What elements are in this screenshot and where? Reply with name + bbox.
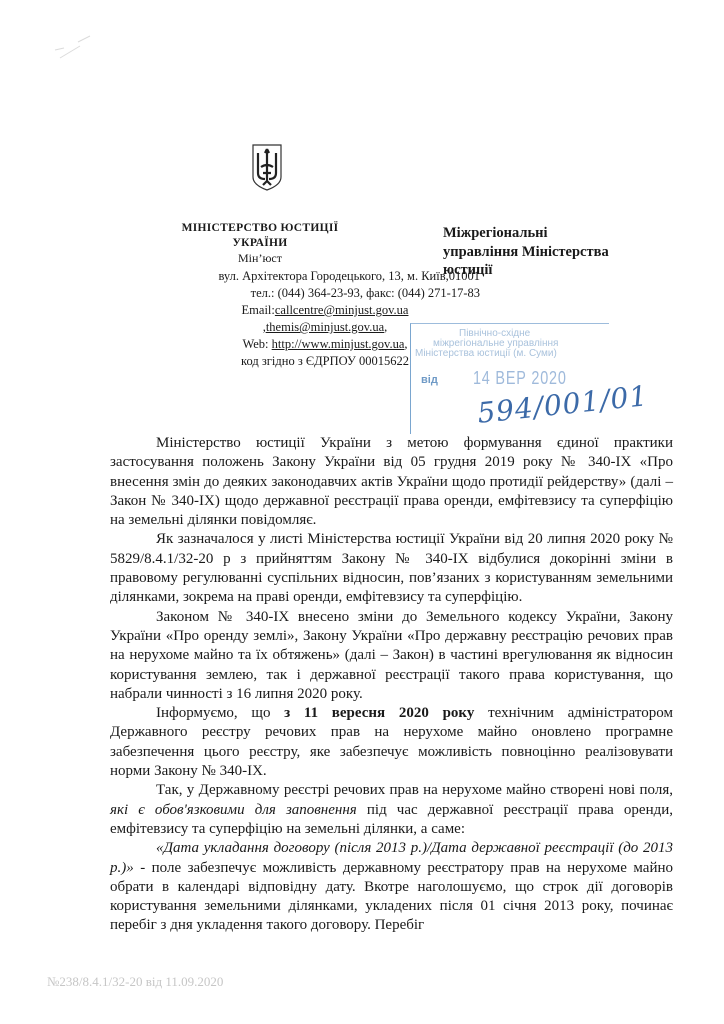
paragraph-3: Законом № 340-IX внесено зміни до Земель… bbox=[110, 608, 673, 704]
p5-text: Так, у Державному реєстрі речових прав н… bbox=[156, 782, 673, 798]
p5-italic: які є обов'язковими для заповнення bbox=[110, 802, 357, 818]
email-link-themis[interactable]: themis@minjust.gov.ua bbox=[266, 320, 384, 334]
stamp-date: 14 ВЕР 2020 bbox=[473, 368, 567, 389]
p4-text: Інформуємо, що bbox=[156, 705, 284, 721]
addressee: Міжрегіональні управління Міністерства ю… bbox=[443, 224, 683, 280]
paragraph-4: Інформуємо, що з 11 вересня 2020 року те… bbox=[110, 704, 673, 781]
email-line: Email:callcentre@minjust.gov.ua bbox=[130, 302, 480, 319]
address: вул. Архітектора Городецького, 13, м. Ки… bbox=[130, 268, 480, 285]
scan-artifact-marks bbox=[50, 28, 110, 68]
email-suffix: , bbox=[384, 320, 387, 334]
email-label: Email: bbox=[242, 303, 275, 317]
p6-text: - поле забезпечує можливість державному … bbox=[110, 860, 673, 934]
phones: тел.: (044) 364-23-93, факс: (044) 271-1… bbox=[130, 285, 480, 302]
paragraph-2: Як зазначалося у листі Міністерства юсти… bbox=[110, 530, 673, 607]
paragraph-5: Так, у Державному реєстрі речових прав н… bbox=[110, 781, 673, 839]
document-page: МІНІСТЕРСТВО ЮСТИЦІЇ УКРАЇНИ Мін’юст вул… bbox=[0, 0, 724, 1024]
ministry-header: МІНІСТЕРСТВО ЮСТИЦІЇ УКРАЇНИ Мін’юст bbox=[140, 221, 380, 266]
footer-doc-reference: №238/8.4.1/32-20 від 11.09.2020 bbox=[47, 974, 223, 990]
web-suffix: , bbox=[404, 337, 407, 351]
ministry-name-line2: УКРАЇНИ bbox=[140, 236, 380, 251]
p4-bold-date: з 11 вересня 2020 року bbox=[284, 705, 474, 721]
email-link-callcentre[interactable]: callcentre@minjust.gov.ua bbox=[275, 303, 409, 317]
web-label: Web: bbox=[242, 337, 271, 351]
web-link[interactable]: http://www.minjust.gov.ua bbox=[272, 337, 405, 351]
paragraph-1: Міністерство юстиції України з метою фор… bbox=[110, 434, 673, 530]
coat-of-arms-icon bbox=[251, 143, 283, 191]
stamp-from-label: від bbox=[421, 374, 438, 386]
letter-body: Міністерство юстиції України з метою фор… bbox=[110, 434, 673, 936]
addressee-line3: юстиції bbox=[443, 261, 683, 280]
ministry-name-line1: МІНІСТЕРСТВО ЮСТИЦІЇ bbox=[140, 221, 380, 236]
ministry-short-name: Мін’юст bbox=[140, 251, 380, 266]
paragraph-6: «Дата укладання договору (після 2013 р.)… bbox=[110, 839, 673, 935]
addressee-line1: Міжрегіональні bbox=[443, 224, 683, 243]
stamp-line3: Міністерства юстиції (м. Суми) bbox=[415, 348, 557, 359]
incoming-registration-stamp: Північно-східне міжрегіональне управлінн… bbox=[410, 323, 609, 434]
addressee-line2: управління Міністерства bbox=[443, 243, 683, 262]
